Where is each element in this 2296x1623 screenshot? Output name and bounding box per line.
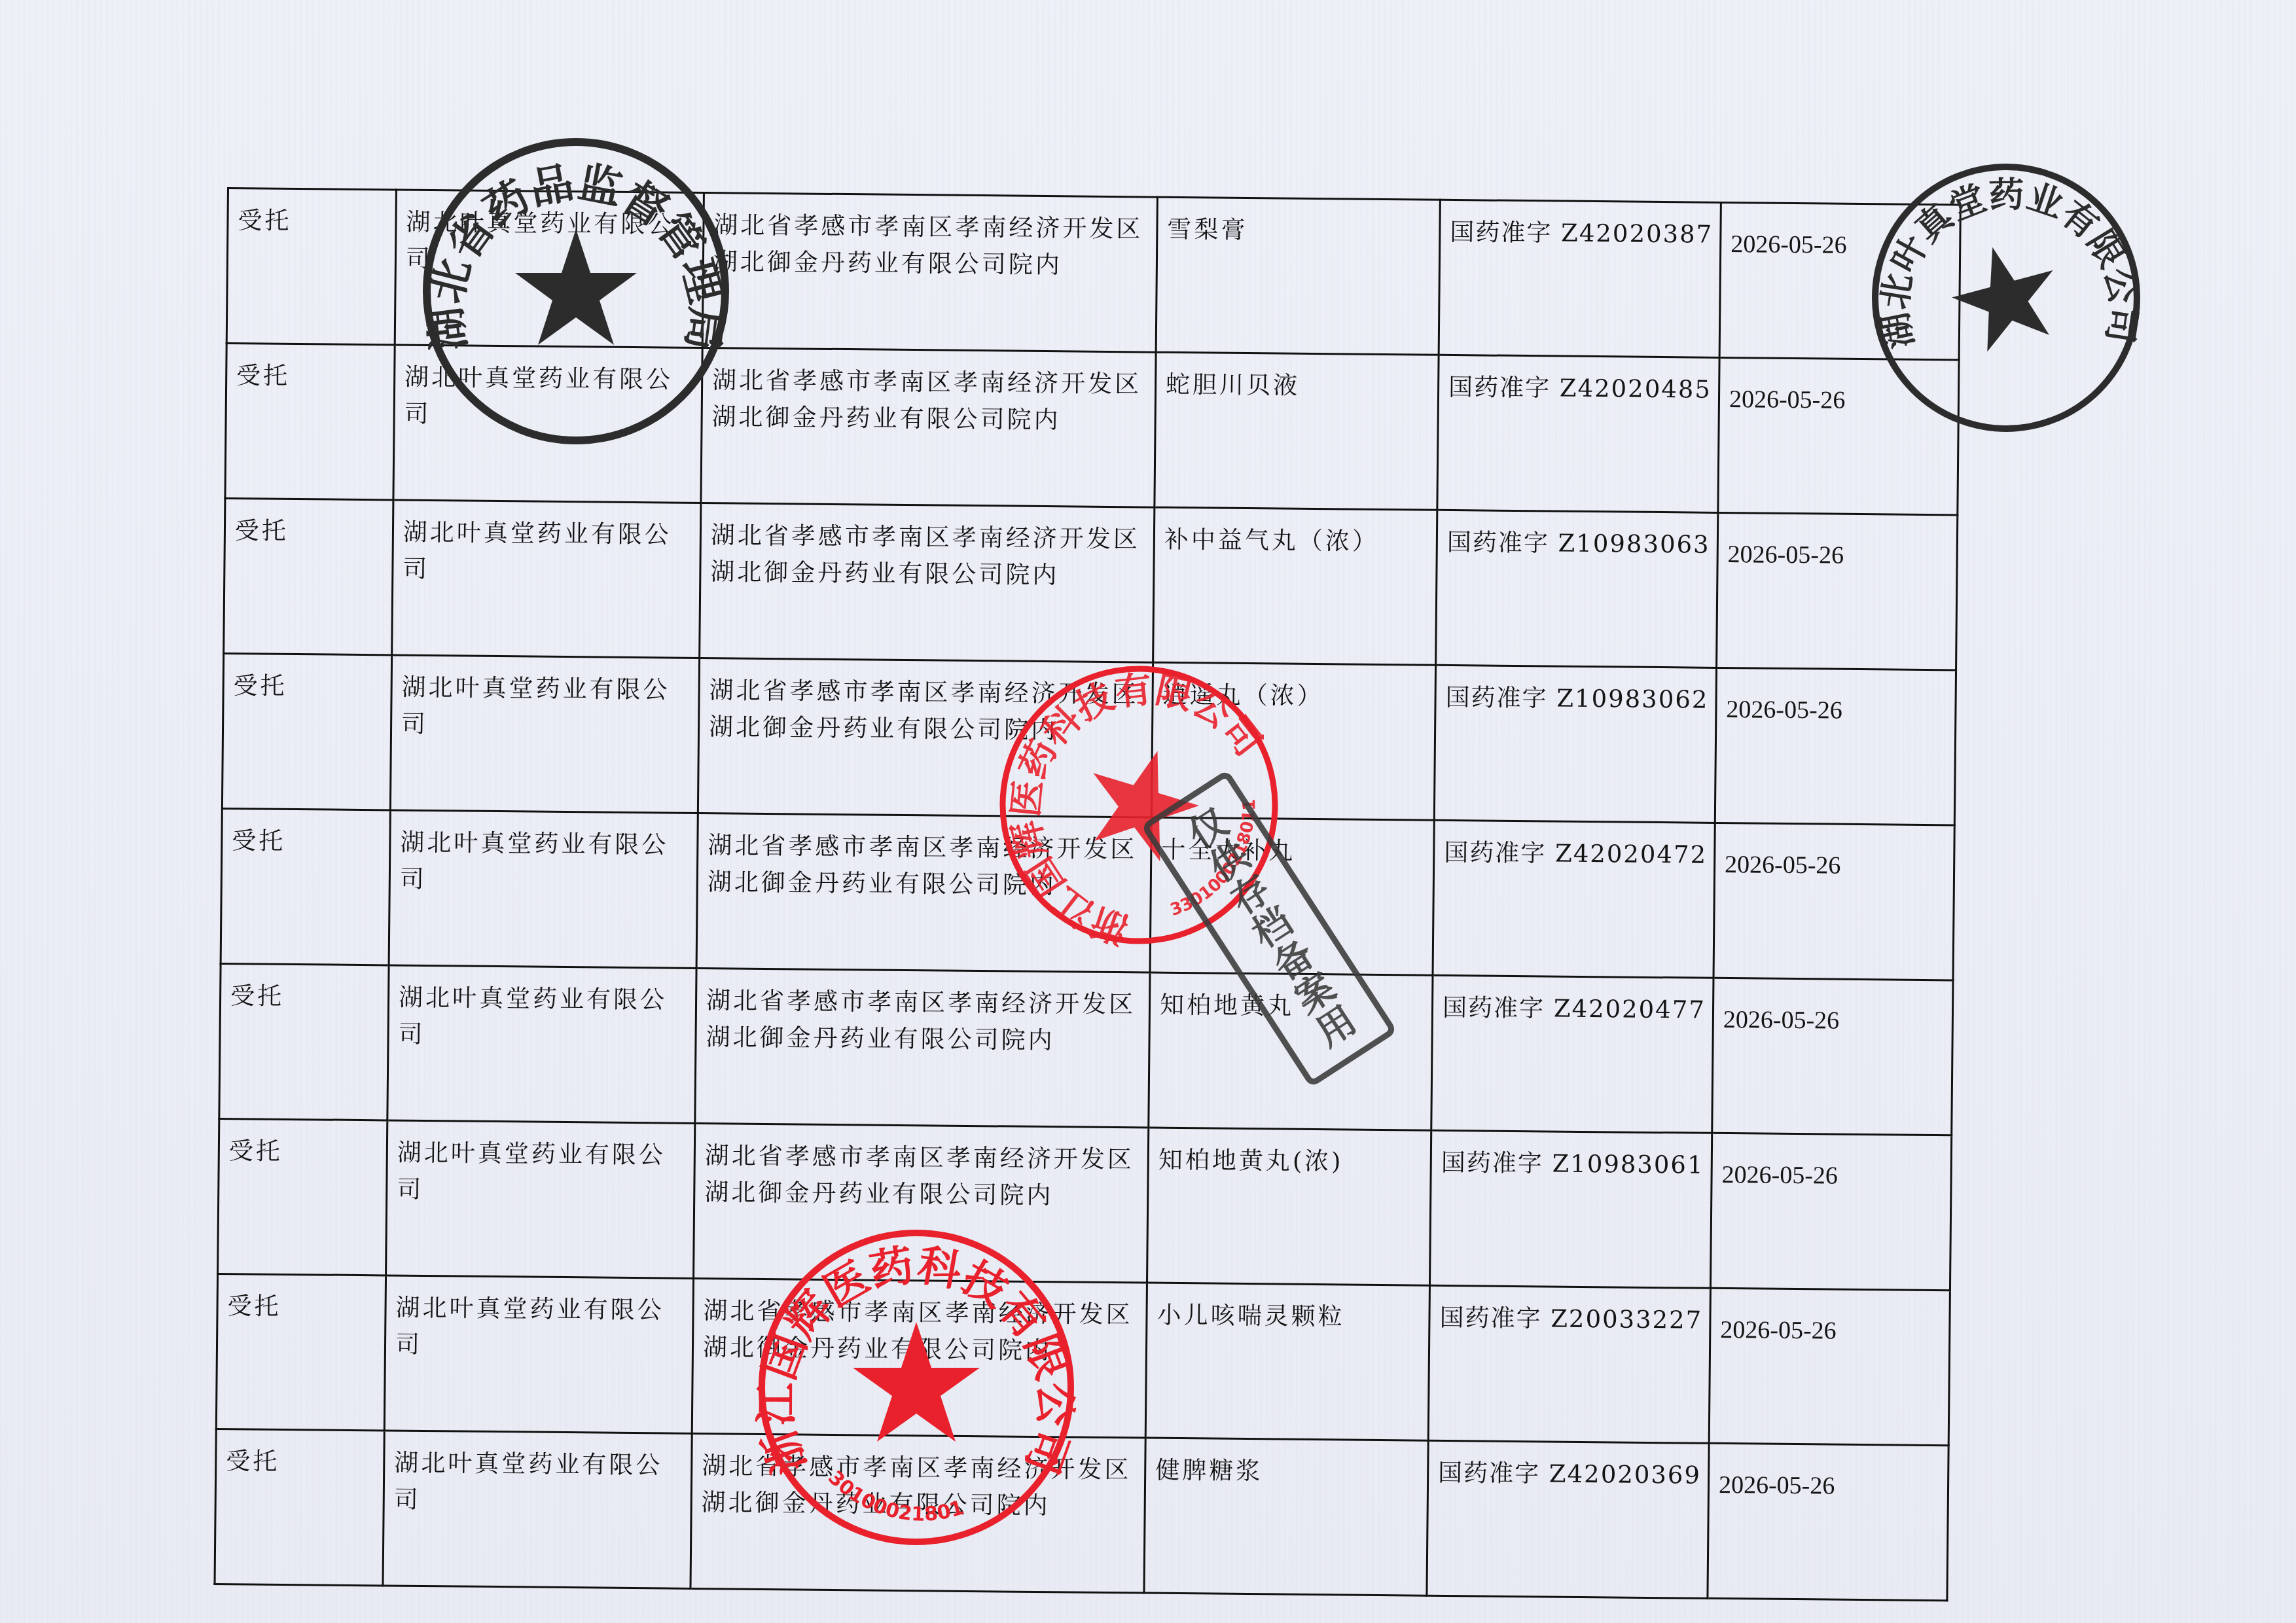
address-line-1: 湖北省孝感市孝南区孝南经济开发区: [709, 672, 1143, 713]
cell-valid-date: 2026-05-26: [1709, 1288, 1950, 1446]
cell-company: 湖北叶真堂药业有限公司: [390, 655, 699, 813]
cell-product-name: 小儿咳喘灵颗粒: [1145, 1283, 1429, 1440]
cell-entrust-type: 受托: [215, 1429, 384, 1585]
table-row: 受托湖北叶真堂药业有限公司湖北省孝感市孝南区孝南经济开发区湖北御金丹药业有限公司…: [216, 1274, 1950, 1445]
cell-product-name: 补中益气丸（浓）: [1153, 507, 1437, 665]
cell-approval-number: 国药准字 Z10983062: [1434, 665, 1716, 823]
address-line-2: 湖北御金丹药业有限公司院内: [706, 1019, 1139, 1060]
cell-valid-date: 2026-05-26: [1717, 512, 1958, 670]
cell-entrust-type: 受托: [222, 653, 391, 810]
cell-approval-number: 国药准字 Z42020485: [1437, 355, 1719, 512]
cell-valid-date: 2026-05-26: [1713, 823, 1954, 980]
cell-approval-number: 国药准字 Z10983061: [1429, 1130, 1712, 1288]
cell-company: 湖北叶真堂药业有限公司: [392, 500, 701, 658]
address-line-1: 湖北省孝感市孝南区孝南经济开发区: [708, 827, 1141, 868]
cell-address: 湖北省孝感市孝南区孝南经济开发区湖北御金丹药业有限公司院内: [700, 503, 1155, 662]
cell-company: 湖北叶真堂药业有限公司: [386, 1120, 695, 1279]
cell-company: 湖北叶真堂药业有限公司: [383, 1431, 692, 1589]
cell-valid-date: 2026-05-26: [1719, 202, 1960, 360]
cell-valid-date: 2026-05-26: [1712, 978, 1953, 1135]
cell-product-name: 蛇胆川贝液: [1155, 352, 1439, 510]
drug-approval-table-wrapper: 受托湖北叶真堂药业有限公司湖北省孝感市孝南区孝南经济开发区湖北御金丹药业有限公司…: [215, 187, 1960, 1418]
address-line-1: 湖北省孝感市孝南区孝南经济开发区: [702, 1448, 1136, 1488]
address-line-2: 湖北御金丹药业有限公司院内: [701, 1484, 1135, 1525]
cell-entrust-type: 受托: [221, 808, 390, 965]
address-line-1: 湖北省孝感市孝南区孝南经济开发区: [703, 1293, 1137, 1333]
table-row: 受托湖北叶真堂药业有限公司湖北省孝感市孝南区孝南经济开发区湖北御金丹药业有限公司…: [225, 344, 1959, 515]
address-line-1: 湖北省孝感市孝南区孝南经济开发区: [711, 517, 1145, 558]
address-line-2: 湖北御金丹药业有限公司院内: [703, 1329, 1137, 1370]
cell-valid-date: 2026-05-26: [1710, 1133, 1951, 1291]
drug-approval-table: 受托湖北叶真堂药业有限公司湖北省孝感市孝南区孝南经济开发区湖北御金丹药业有限公司…: [213, 187, 1961, 1601]
cell-valid-date: 2026-05-26: [1715, 668, 1956, 825]
cell-approval-number: 国药准字 Z42020477: [1431, 975, 1713, 1133]
cell-address: 湖北省孝感市孝南区孝南经济开发区湖北御金丹药业有限公司院内: [696, 813, 1151, 972]
scanned-page: 受托湖北叶真堂药业有限公司湖北省孝感市孝南区孝南经济开发区湖北御金丹药业有限公司…: [0, 0, 2296, 1623]
cell-address: 湖北省孝感市孝南区孝南经济开发区湖北御金丹药业有限公司院内: [701, 348, 1156, 507]
cell-address: 湖北省孝感市孝南区孝南经济开发区湖北御金丹药业有限公司院内: [698, 658, 1153, 817]
cell-approval-number: 国药准字 Z42020369: [1427, 1440, 1709, 1598]
cell-entrust-type: 受托: [226, 188, 396, 345]
cell-valid-date: 2026-05-26: [1718, 357, 1959, 515]
cell-entrust-type: 受托: [224, 498, 393, 654]
cell-valid-date: 2026-05-26: [1708, 1443, 1948, 1601]
table-row: 受托湖北叶真堂药业有限公司湖北省孝感市孝南区孝南经济开发区湖北御金丹药业有限公司…: [222, 653, 1956, 825]
cell-company: 湖北叶真堂药业有限公司: [387, 965, 696, 1124]
cell-address: 湖北省孝感市孝南区孝南经济开发区湖北御金丹药业有限公司院内: [692, 1278, 1147, 1438]
table-body: 受托湖北叶真堂药业有限公司湖北省孝感市孝南区孝南经济开发区湖北御金丹药业有限公司…: [215, 188, 1960, 1601]
table-row: 受托湖北叶真堂药业有限公司湖北省孝感市孝南区孝南经济开发区湖北御金丹药业有限公司…: [218, 1118, 1952, 1290]
cell-company: 湖北叶真堂药业有限公司: [393, 345, 702, 503]
cell-approval-number: 国药准字 Z42020387: [1439, 200, 1721, 357]
cell-product-name: 雪梨膏: [1156, 197, 1440, 355]
address-line-1: 湖北省孝感市孝南区孝南经济开发区: [712, 362, 1146, 402]
address-line-1: 湖北省孝感市孝南区孝南经济开发区: [705, 1137, 1139, 1178]
cell-entrust-type: 受托: [218, 1118, 387, 1275]
cell-approval-number: 国药准字 Z20033227: [1428, 1285, 1710, 1443]
cell-company: 湖北叶真堂药业有限公司: [384, 1275, 693, 1434]
cell-address: 湖北省孝感市孝南区孝南经济开发区湖北御金丹药业有限公司院内: [695, 968, 1150, 1128]
table-row: 受托湖北叶真堂药业有限公司湖北省孝感市孝南区孝南经济开发区湖北御金丹药业有限公司…: [226, 188, 1960, 360]
address-line-1: 湖北省孝感市孝南区孝南经济开发区: [713, 207, 1147, 247]
cell-address: 湖北省孝感市孝南区孝南经济开发区湖北御金丹药业有限公司院内: [694, 1123, 1149, 1283]
table-row: 受托湖北叶真堂药业有限公司湖北省孝感市孝南区孝南经济开发区湖北御金丹药业有限公司…: [215, 1429, 1948, 1600]
cell-company: 湖北叶真堂药业有限公司: [389, 810, 698, 969]
table-row: 受托湖北叶真堂药业有限公司湖北省孝感市孝南区孝南经济开发区湖北御金丹药业有限公司…: [219, 963, 1953, 1135]
address-line-2: 湖北御金丹药业有限公司院内: [708, 864, 1141, 904]
cell-company: 湖北叶真堂药业有限公司: [395, 190, 704, 348]
cell-approval-number: 国药准字 Z42020472: [1433, 820, 1715, 978]
cell-approval-number: 国药准字 Z10983063: [1436, 510, 1718, 668]
cell-product-name: 健脾糖浆: [1144, 1438, 1428, 1596]
address-line-2: 湖北御金丹药业有限公司院内: [704, 1174, 1138, 1215]
address-line-2: 湖北御金丹药业有限公司院内: [709, 709, 1143, 749]
cell-product-name: 知柏地黄丸(浓): [1147, 1128, 1431, 1285]
table-row: 受托湖北叶真堂药业有限公司湖北省孝感市孝南区孝南经济开发区湖北御金丹药业有限公司…: [224, 498, 1958, 669]
table-row: 受托湖北叶真堂药业有限公司湖北省孝感市孝南区孝南经济开发区湖北御金丹药业有限公司…: [221, 808, 1954, 980]
cell-address: 湖北省孝感市孝南区孝南经济开发区湖北御金丹药业有限公司院内: [702, 192, 1157, 352]
address-line-1: 湖北省孝感市孝南区孝南经济开发区: [706, 982, 1140, 1023]
cell-entrust-type: 受托: [219, 963, 389, 1120]
cell-address: 湖北省孝感市孝南区孝南经济开发区湖北御金丹药业有限公司院内: [691, 1433, 1145, 1593]
cell-entrust-type: 受托: [216, 1274, 386, 1430]
address-line-2: 湖北御金丹药业有限公司院内: [711, 399, 1145, 439]
cell-entrust-type: 受托: [225, 344, 395, 500]
address-line-2: 湖北御金丹药业有限公司院内: [713, 243, 1147, 284]
address-line-2: 湖北御金丹药业有限公司院内: [710, 554, 1144, 594]
